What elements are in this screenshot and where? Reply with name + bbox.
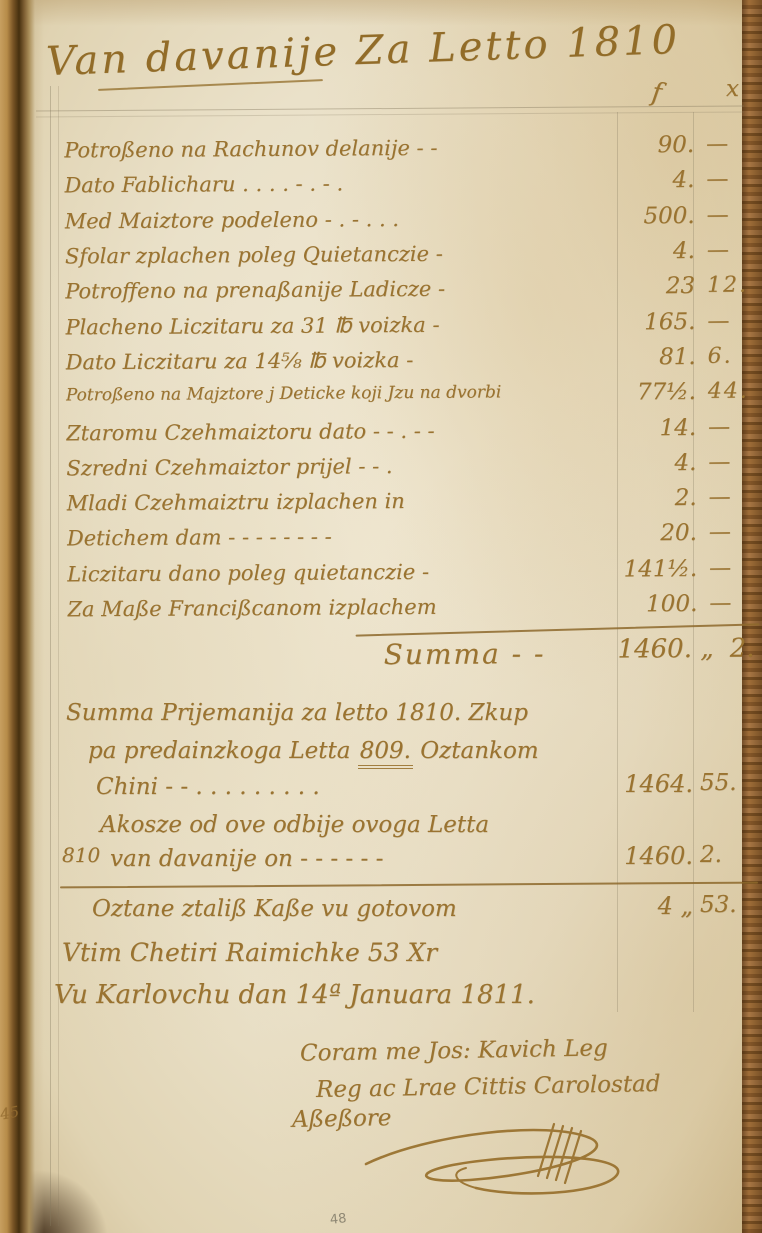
entry-kreuzer: — [708,414,762,439]
entry-kreuzer: — [708,449,762,474]
entry-florins: 141½. [605,556,697,583]
entry-kreuzer: — [709,555,762,580]
entry-florins: 4. [602,167,694,194]
entry-florins: 165. [603,309,695,336]
recap-line-2-pre: pa predainzkoga Letta [88,738,350,764]
entry-description: Potroßeno na Majztore j Deticke koji Jzu… [66,382,614,406]
recap-line-2: pa predainzkoga Letta 809. Oztankom [88,738,539,764]
entry-description: Detichem dam - - - - - - - - [67,523,615,551]
entry-florins: 90. [602,132,694,159]
entry-kreuzer: — [706,166,762,191]
entry-florins: 4. [603,238,695,265]
entry-description: Za Maße Francißcanom izplachem [67,594,615,622]
entry-description: Med Maiztore podeleno - . - . . . [65,206,613,234]
signature-paraph-flourish [358,1112,658,1202]
entry-kreuzer: — [706,132,762,157]
recap-line-2-post: Oztankom [420,738,538,764]
entry-florins: 14. [604,415,696,442]
entry-florins: 2. [605,485,697,512]
ledger-row: Potroffeno na prenaßanije Ladicze - 23 1… [61,275,755,314]
entry-florins: 81. [604,344,696,371]
recap-line-4: Akosze od ove odbije ovoga Letta [100,812,489,838]
summa-kreuzer: 2. [730,634,755,664]
recap-total-florins: 1464. [598,770,693,798]
summa-label: Summa - - [384,637,546,671]
ledger-row: Detichem dam - - - - - - - - 20. — [63,522,757,561]
entry-kreuzer: — [709,484,762,509]
attestation-line-2: Reg ac Lrae Cittis Carolostad [316,1071,661,1103]
entry-kreuzer: — [707,308,762,333]
balance-florins: 4 „ [598,892,693,920]
adjacent-page-fragment: 45 [0,1102,21,1123]
deduction-kreuzer: 2. [700,842,722,868]
recap-line-3: Chini - - . . . . . . . . . [96,774,320,800]
recap-line-1: Summa Prijemanija za letto 1810. Zkup [66,700,528,726]
header-rule-2 [36,112,744,118]
expense-ledger: Potroßeno na Rachunov delanije - - 90. —… [60,128,758,699]
florin-column-header: f [650,77,664,108]
kreuzer-column-header: x [726,76,739,102]
ledger-row: Potroßeno na Majztore j Deticke koji Jzu… [62,381,756,420]
entry-kreuzer: 6. [708,343,762,368]
entry-florins: 77½. [604,379,696,406]
balance-kreuzer: 53. [700,892,737,918]
balance-line: Oztane ztaliß Kaße vu gotovom [92,896,457,922]
entry-kreuzer: 12. [707,272,762,297]
attestation-line-1: Coram me Jos: Kavich Leg [300,1035,608,1066]
entry-description: Szredni Czehmaiztor prijel - - . [66,453,614,481]
dateline: Vu Karlovchu dan 14ª Januara 1811. [54,980,535,1010]
entry-kreuzer: 44. [708,378,762,403]
entry-description: Placheno Liczitaru za 31 ℔ voizka - [65,312,613,340]
ledger-row: Dato Fablicharu . . . . - . - . 4. — [60,169,754,208]
entry-description: Dato Fablicharu . . . . - . - . [64,170,612,198]
page-title: Van davanije Za Letto 1810 [45,17,680,85]
entry-florins: 20. [605,520,697,547]
entry-description: Potroffeno na prenaßanije Ladicze - [65,276,613,304]
recap-previous-year: 809. [358,738,413,769]
raimichke-line: Vtim Chetiri Raimichke 53 Xr [62,938,437,967]
balance-rule [60,882,758,889]
page-number: 48 [329,1211,347,1228]
entry-description: Potroßeno na Rachunov delanije - - [64,135,612,163]
margin-line-outer [50,86,51,1226]
entry-florins: 23 [603,273,695,300]
entry-kreuzer: — [707,202,762,227]
entry-description: Mladi Czehmaiztru izplachen in [67,488,615,516]
entry-kreuzer: — [709,590,762,615]
entry-description: Ztaromu Czehmaiztoru dato - - . - - [66,418,614,446]
recap-year-margin: 810 [62,843,100,867]
entry-description: Dato Liczitaru za 14⁵⁄₈ ℔ voizka - [66,347,614,375]
header-rule-1 [36,106,744,112]
entry-florins: 100. [605,591,697,618]
entry-kreuzer: — [709,519,762,544]
manuscript-page: 45 Van davanije Za Letto 1810 f x Potroß… [0,0,762,1233]
entry-kreuzer: — [707,237,762,262]
entry-florins: 500. [603,203,695,230]
deduction-florins: 1460. [598,842,693,870]
entry-description: Liczitaru dano poleg quietanczie - [67,559,615,587]
summa-florins: 1460. „ [564,634,714,665]
book-gutter-binding [0,0,44,1233]
recap-line-5: van davanije on - - - - - - [110,846,383,872]
entry-description: Sfolar zplachen poleg Quietanczie - [65,241,613,269]
recap-total-kreuzer: 55. [700,770,737,796]
entry-florins: 4. [604,450,696,477]
margin-line-inner [58,86,59,1226]
